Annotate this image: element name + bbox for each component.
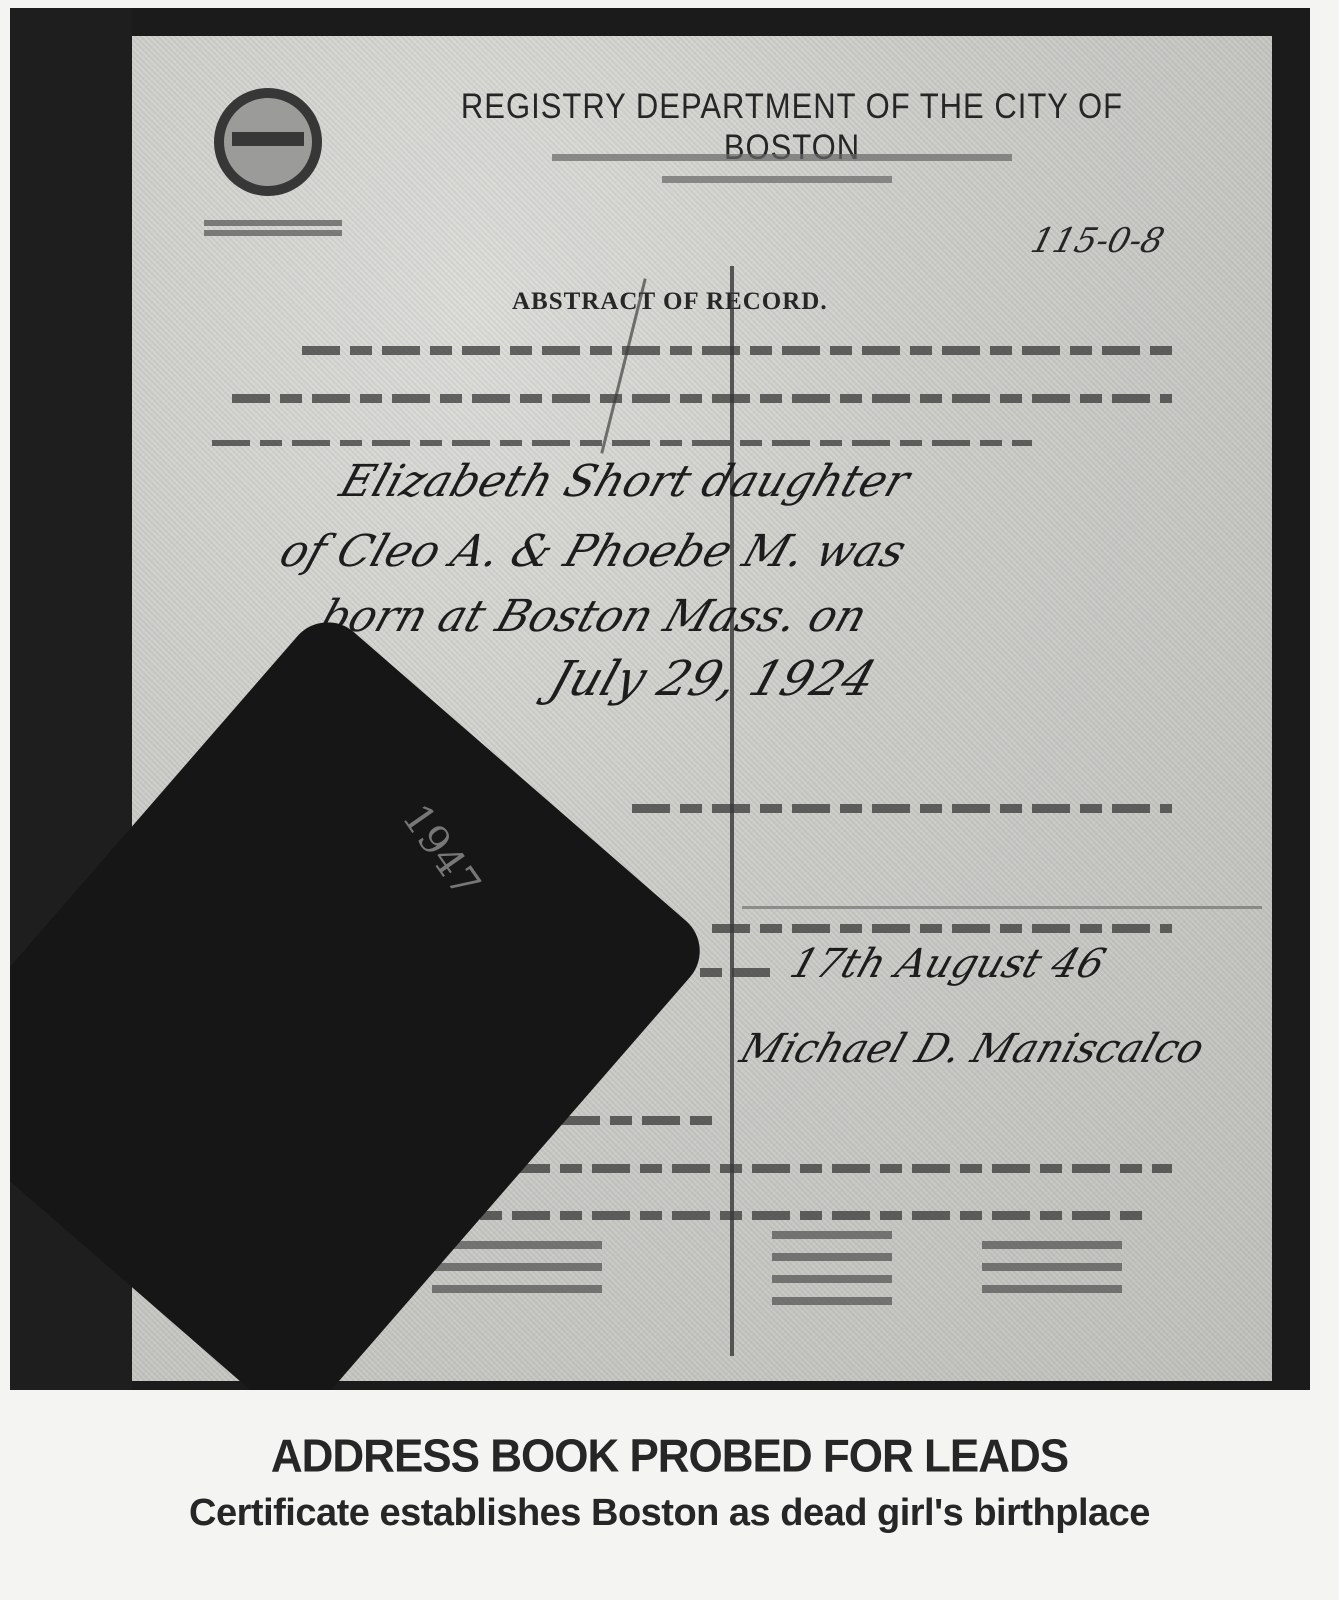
print-line (712, 924, 1172, 933)
caption-subhead: Certificate establishes Boston as dead g… (0, 1492, 1339, 1535)
print-line (432, 1211, 1152, 1220)
print-line (562, 1116, 722, 1125)
footer-table-column (432, 1241, 602, 1307)
footer-table-column (772, 1231, 892, 1319)
registrar-signature: Michael D. Maniscalco (735, 1026, 1210, 1072)
handwritten-date-of-birth: July 29, 1924 (543, 651, 883, 707)
photo-caption: ADDRESS BOOK PROBED FOR LEADS Certificat… (0, 1432, 1339, 1535)
handwritten-issue-date: 17th August 46 (785, 941, 1112, 987)
print-line (302, 346, 1172, 355)
print-line (632, 804, 1172, 813)
signature-rule (742, 906, 1262, 909)
print-line (232, 394, 1172, 403)
footer-table-column (982, 1241, 1122, 1307)
handwritten-line-2: of Cleo A. & Phoebe M. was (274, 526, 913, 577)
handwritten-line-1: Elizabeth Short daughter (334, 456, 916, 507)
header-subline-2 (662, 176, 892, 183)
seal-caption (198, 216, 348, 244)
city-seal-icon (214, 88, 322, 196)
print-line (432, 1164, 1172, 1173)
handwritten-line-3: born at Boston Mass. on (314, 591, 874, 642)
abstract-of-record-heading: ABSTRACT OF RECORD. (512, 288, 828, 316)
header-subline (552, 154, 1012, 161)
newspaper-photo: REGISTRY DEPARTMENT OF THE CITY OF BOSTO… (10, 8, 1310, 1390)
caption-headline: ADDRESS BOOK PROBED FOR LEADS (0, 1431, 1339, 1484)
record-number: 115-0-8 (1027, 221, 1169, 261)
print-line (212, 440, 1032, 446)
